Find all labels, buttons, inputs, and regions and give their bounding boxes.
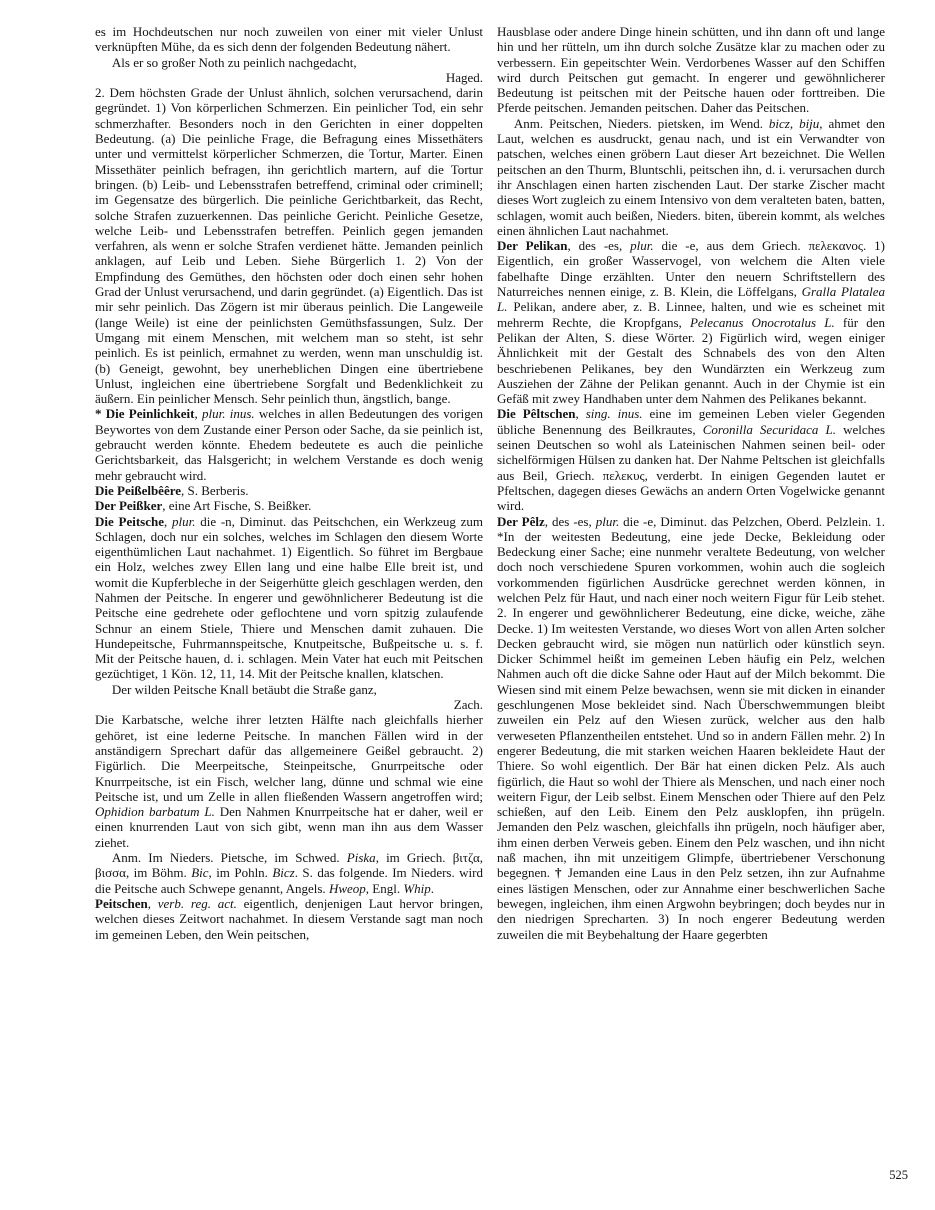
text-run: Bic bbox=[191, 865, 208, 880]
text-run: † bbox=[555, 865, 563, 880]
text-run: es im Hochdeutschen nur noch zuweilen vo… bbox=[95, 24, 483, 54]
text-run: , S. Berberis. bbox=[181, 483, 249, 498]
text-run: Piska bbox=[347, 850, 376, 865]
text-run: Zach. bbox=[454, 697, 483, 712]
entry-peinlichkeit: * Die Peinlichkeit, plur. inus. welches … bbox=[95, 406, 483, 482]
text-run: Anm. Im Nieders. Pietsche, im Schwed. bbox=[112, 850, 347, 865]
text-run: , bbox=[194, 406, 202, 421]
page-number: 525 bbox=[889, 1168, 908, 1182]
text-run: die -n, Diminut. das Peitschchen, ein We… bbox=[95, 514, 483, 682]
text-run: Peitschen bbox=[95, 896, 148, 911]
text-run: plur. bbox=[596, 514, 619, 529]
text-run: plur. inus. bbox=[202, 406, 255, 421]
text-run: Der Pelikan bbox=[497, 238, 567, 253]
text-run: Pelecanus Onocrotalus L. bbox=[690, 315, 835, 330]
text-columns: es im Hochdeutschen nur noch zuweilen vo… bbox=[95, 24, 885, 942]
text-run: Der Pêlz bbox=[497, 514, 545, 529]
peitschen-anmerkung: Anm. Peitschen, Nieders. pietsken, im We… bbox=[497, 116, 885, 238]
entry-peissker: Der Peißker, eine Art Fische, S. Beißker… bbox=[95, 498, 483, 513]
text-run: , des -es, bbox=[567, 238, 630, 253]
verse-attribution: Haged. bbox=[95, 70, 483, 85]
text-run: ahmet den Laut, welchen es ausdruckt, ge… bbox=[497, 116, 885, 238]
peitsche-anmerkung: Anm. Im Nieders. Pietsche, im Schwed. Pi… bbox=[95, 850, 483, 896]
text-run: Coronilla Securidaca L. bbox=[703, 422, 836, 437]
text-run: Die Peitsche bbox=[95, 514, 164, 529]
text-run: die -e, Diminut. das Pelzchen, Oberd. Pe… bbox=[497, 514, 885, 881]
text-run: Whip bbox=[403, 881, 430, 896]
entry-pelz: Der Pêlz, des -es, plur. die -e, Diminut… bbox=[497, 514, 885, 942]
text-run: . bbox=[431, 881, 434, 896]
text-run: Anm. Peitschen, Nieders. pietsken, im We… bbox=[514, 116, 769, 131]
continuation-peinlich: es im Hochdeutschen nur noch zuweilen vo… bbox=[95, 24, 483, 55]
peinlich-sense-2: 2. Dem höchsten Grade der Unlust ähnlich… bbox=[95, 85, 483, 406]
text-run: Als er so großer Noth zu peinlich nachge… bbox=[112, 55, 357, 70]
text-run: , bbox=[148, 896, 158, 911]
text-run: Die Peißelbêêre bbox=[95, 483, 181, 498]
column-right: Hausblase oder andere Dinge hinein schüt… bbox=[497, 24, 885, 942]
entry-peitschen: Peitschen, verb. reg. act. eigentlich, d… bbox=[95, 896, 483, 942]
text-run: , des -es, bbox=[545, 514, 596, 529]
text-run: , bbox=[575, 406, 585, 421]
dictionary-page: es im Hochdeutschen nur noch zuweilen vo… bbox=[0, 0, 935, 1210]
verse-quote: Der wilden Peitsche Knall betäubt die St… bbox=[95, 682, 483, 697]
peitschen-continuation: Hausblase oder andere Dinge hinein schüt… bbox=[497, 24, 885, 116]
text-run: * Die Peinlichkeit bbox=[95, 406, 194, 421]
text-run: bicz, biju, bbox=[769, 116, 823, 131]
text-run: plur. bbox=[172, 514, 195, 529]
text-run: Die Karbatsche, welche ihrer letzten Häl… bbox=[95, 712, 483, 803]
text-run: Hausblase oder andere Dinge hinein schüt… bbox=[497, 24, 885, 115]
entry-peisselbeere: Die Peißelbêêre, S. Berberis. bbox=[95, 483, 483, 498]
text-run: Die Pêltschen bbox=[497, 406, 575, 421]
peitsche-continued: Die Karbatsche, welche ihrer letzten Häl… bbox=[95, 712, 483, 850]
entry-peltschen: Die Pêltschen, sing. inus. eine im gemei… bbox=[497, 406, 885, 513]
text-run: Hweop bbox=[329, 881, 366, 896]
verse-attribution: Zach. bbox=[95, 697, 483, 712]
column-left: es im Hochdeutschen nur noch zuweilen vo… bbox=[95, 24, 483, 942]
text-run: , Engl. bbox=[366, 881, 404, 896]
verse-quote: Als er so großer Noth zu peinlich nachge… bbox=[95, 55, 483, 70]
text-run: verb. reg. act. bbox=[158, 896, 237, 911]
text-run: 2. Dem höchsten Grade der Unlust ähnlich… bbox=[95, 85, 483, 406]
entry-pelikan: Der Pelikan, des -es, plur. die -e, aus … bbox=[497, 238, 885, 406]
text-run: Der wilden Peitsche Knall betäubt die St… bbox=[112, 682, 377, 697]
text-run: Haged. bbox=[446, 70, 483, 85]
text-run: , bbox=[164, 514, 172, 529]
text-run: , im Pohln. bbox=[209, 865, 273, 880]
entry-peitsche: Die Peitsche, plur. die -n, Diminut. das… bbox=[95, 514, 483, 682]
text-run: , eine Art Fische, S. Beißker. bbox=[162, 498, 311, 513]
text-run: plur. bbox=[630, 238, 653, 253]
text-run: Der Peißker bbox=[95, 498, 162, 513]
text-run: Bicz bbox=[272, 865, 294, 880]
text-run: Ophidion barbatum L. bbox=[95, 804, 215, 819]
text-run: sing. inus. bbox=[586, 406, 643, 421]
